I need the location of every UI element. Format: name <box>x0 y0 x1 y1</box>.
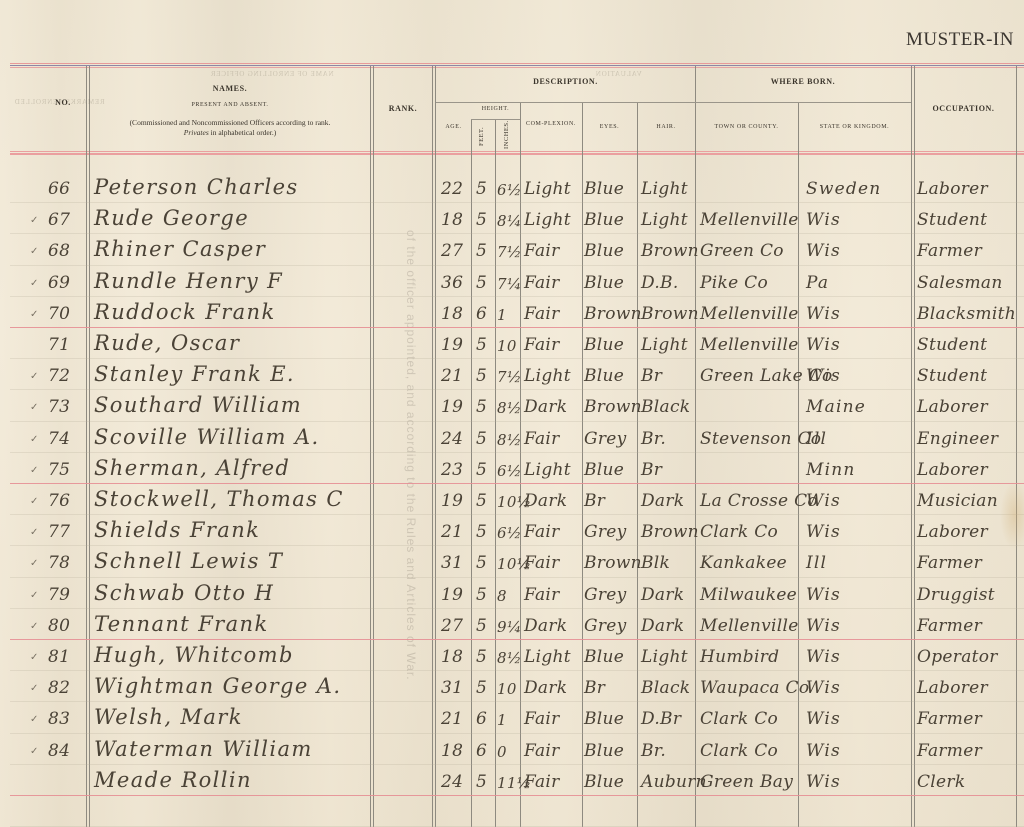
height-inches-value: 10 <box>497 337 517 355</box>
state-kingdom-value: Ill <box>806 429 827 449</box>
header-bottom-rule <box>10 151 1024 155</box>
height-feet-value: 6 <box>476 304 487 324</box>
table-row: ✓ 82 Wightman George A. 31 5 10 Dark Br … <box>0 671 1024 702</box>
height-feet-value: 5 <box>476 179 487 199</box>
table-row: ✓ 69 Rundle Henry F 36 5 7¼ Fair Blue D.… <box>0 266 1024 297</box>
height-inches-value: 7½ <box>497 368 522 386</box>
soldier-name: Ruddock Frank <box>94 300 276 324</box>
header-names: Names. <box>90 84 370 93</box>
town-county-value: Green Co <box>700 241 784 261</box>
state-kingdom-value: Wis <box>806 304 841 324</box>
check-mark: ✓ <box>30 558 39 569</box>
height-inches-value: 6½ <box>497 462 522 480</box>
hair-value: Br <box>641 460 662 480</box>
occupation-value: Clerk <box>917 772 965 792</box>
age-value: 21 <box>441 709 463 729</box>
soldier-name: Peterson Charles <box>94 175 299 199</box>
roll-number: 82 <box>48 678 70 698</box>
town-county-value: Waupaca Co <box>700 678 809 698</box>
header-state-kingdom: State or Kingdom. <box>798 124 911 130</box>
soldier-name: Sherman, Alfred <box>94 456 290 480</box>
eyes-value: Blue <box>584 709 624 729</box>
height-inches-value: 6½ <box>497 181 522 199</box>
complexion-value: Light <box>524 179 571 199</box>
roll-number: 81 <box>48 647 70 667</box>
header-where-born: Where Born. <box>695 77 911 86</box>
soldier-name: Schwab Otto H <box>94 581 274 605</box>
age-value: 21 <box>441 366 463 386</box>
table-row: 71 Rude, Oscar 19 5 10 Fair Blue Light M… <box>0 328 1024 359</box>
town-county-value: Clark Co <box>700 741 778 761</box>
occupation-value: Salesman <box>917 273 1003 293</box>
eyes-value: Blue <box>584 273 624 293</box>
height-inches-value: 10 <box>497 680 517 698</box>
soldier-name: Wightman George A. <box>94 674 341 698</box>
soldier-name: Waterman William <box>94 737 313 761</box>
roll-number: 84 <box>48 741 70 761</box>
age-value: 19 <box>441 491 463 511</box>
eyes-value: Blue <box>584 241 624 261</box>
occupation-value: Operator <box>917 647 998 667</box>
height-feet-value: 5 <box>476 585 487 605</box>
age-value: 18 <box>441 647 463 667</box>
complexion-value: Fair <box>524 429 560 449</box>
table-row: Meade Rollin 24 5 11½ Fair Blue Auburn G… <box>0 765 1024 796</box>
soldier-name: Southard William <box>94 393 302 417</box>
soldier-name: Scoville William A. <box>94 425 320 449</box>
eyes-value: Brown <box>584 553 642 573</box>
town-county-value: Clark Co <box>700 522 778 542</box>
roll-number: 76 <box>48 491 70 511</box>
state-kingdom-value: Ill <box>806 553 827 573</box>
check-mark: ✓ <box>30 465 39 476</box>
height-inches-value: 8½ <box>497 431 522 449</box>
hair-value: D.B. <box>641 273 679 293</box>
height-feet-value: 6 <box>476 709 487 729</box>
state-kingdom-value: Minn <box>806 460 856 480</box>
state-kingdom-value: Wis <box>806 585 841 605</box>
state-kingdom-value: Wis <box>806 709 841 729</box>
hair-value: Dark <box>641 616 684 636</box>
complexion-value: Dark <box>524 397 567 417</box>
age-value: 19 <box>441 585 463 605</box>
complexion-value: Light <box>524 460 571 480</box>
hair-value: Blk <box>641 553 670 573</box>
age-value: 23 <box>441 460 463 480</box>
roll-number: 80 <box>48 616 70 636</box>
occupation-value: Laborer <box>917 522 988 542</box>
height-inches-value: 6½ <box>497 524 522 542</box>
complexion-value: Dark <box>524 491 567 511</box>
table-row: ✓ 80 Tennant Frank 27 5 9¼ Dark Grey Dar… <box>0 609 1024 640</box>
height-inches-value: 9¼ <box>497 618 522 636</box>
complexion-value: Fair <box>524 585 560 605</box>
roll-number: 83 <box>48 709 70 729</box>
height-feet-value: 5 <box>476 772 487 792</box>
hair-value: Br. <box>641 741 666 761</box>
complexion-value: Dark <box>524 678 567 698</box>
eyes-value: Blue <box>584 772 624 792</box>
town-county-value: La Crosse Co <box>700 491 818 511</box>
eyes-value: Blue <box>584 210 624 230</box>
age-value: 18 <box>441 210 463 230</box>
hair-value: Light <box>641 647 688 667</box>
table-row: ✓ 83 Welsh, Mark 21 6 1 Fair Blue D.Br C… <box>0 702 1024 733</box>
soldier-name: Welsh, Mark <box>94 705 243 729</box>
complexion-value: Dark <box>524 616 567 636</box>
town-county-value: Mellenville <box>700 335 799 355</box>
height-feet-value: 5 <box>476 241 487 261</box>
eyes-value: Blue <box>584 366 624 386</box>
state-kingdom-value: Wis <box>806 522 841 542</box>
complexion-value: Fair <box>524 273 560 293</box>
state-kingdom-value: Sweden <box>806 179 881 199</box>
check-mark: ✓ <box>30 215 39 226</box>
top-double-rule <box>10 63 1024 68</box>
height-feet-value: 5 <box>476 429 487 449</box>
height-feet-value: 6 <box>476 741 487 761</box>
hair-value: Dark <box>641 491 684 511</box>
hair-value: D.Br <box>641 709 681 729</box>
occupation-value: Musician <box>917 491 998 511</box>
town-county-value: Mellenville <box>700 210 799 230</box>
state-kingdom-value: Wis <box>806 366 841 386</box>
roll-number: 79 <box>48 585 70 605</box>
age-value: 21 <box>441 522 463 542</box>
height-feet-value: 5 <box>476 366 487 386</box>
complexion-value: Fair <box>524 741 560 761</box>
hair-value: Black <box>641 678 690 698</box>
height-feet-value: 5 <box>476 522 487 542</box>
header-eyes: Eyes. <box>582 124 637 130</box>
town-county-value: Humbird <box>700 647 779 667</box>
occupation-value: Laborer <box>917 397 988 417</box>
check-mark: ✓ <box>30 496 39 507</box>
occupation-value: Laborer <box>917 678 988 698</box>
town-county-value: Pike Co <box>700 273 768 293</box>
table-row: 66 Peterson Charles 22 5 6½ Light Blue L… <box>0 172 1024 203</box>
height-feet-value: 5 <box>476 397 487 417</box>
names-note-line2: in alphabetical order.) <box>209 128 276 137</box>
height-feet-value: 5 <box>476 678 487 698</box>
occupation-value: Student <box>917 366 987 386</box>
height-feet-value: 5 <box>476 273 487 293</box>
header-complexion: Com-plexion. <box>522 120 580 129</box>
roll-number: 70 <box>48 304 70 324</box>
check-mark: ✓ <box>30 746 39 757</box>
header-present-absent: Present and Absent. <box>90 102 370 108</box>
age-value: 31 <box>441 553 463 573</box>
height-inches-value: 7½ <box>497 243 522 261</box>
check-mark: ✓ <box>30 278 39 289</box>
table-row: ✓ 78 Schnell Lewis T 31 5 10½ Fair Brown… <box>0 546 1024 577</box>
complexion-value: Fair <box>524 553 560 573</box>
complexion-value: Light <box>524 366 571 386</box>
age-value: 31 <box>441 678 463 698</box>
eyes-value: Grey <box>584 522 627 542</box>
eyes-value: Brown <box>584 304 642 324</box>
soldier-name: Rundle Henry F <box>94 269 283 293</box>
height-feet-value: 5 <box>476 210 487 230</box>
height-feet-value: 5 <box>476 460 487 480</box>
eyes-value: Blue <box>584 647 624 667</box>
table-row: ✓ 75 Sherman, Alfred 23 5 6½ Light Blue … <box>0 453 1024 484</box>
eyes-value: Blue <box>584 179 624 199</box>
check-mark: ✓ <box>30 714 39 725</box>
complexion-value: Fair <box>524 241 560 261</box>
header-inches: Inches. <box>503 120 510 150</box>
town-county-value: Milwaukee <box>700 585 797 605</box>
occupation-value: Farmer <box>917 241 982 261</box>
state-kingdom-value: Wis <box>806 647 841 667</box>
complexion-value: Fair <box>524 304 560 324</box>
occupation-value: Laborer <box>917 179 988 199</box>
ghost-text-center: Name of Enrolling Officer <box>210 70 334 78</box>
eyes-value: Blue <box>584 741 624 761</box>
complexion-value: Fair <box>524 772 560 792</box>
check-mark: ✓ <box>30 434 39 445</box>
hair-value: Black <box>641 397 690 417</box>
soldier-name: Hugh, Whitcomb <box>94 643 294 667</box>
occupation-value: Student <box>917 335 987 355</box>
header-description: Description. <box>436 77 695 86</box>
hair-value: Br <box>641 366 662 386</box>
header-occupation: Occupation. <box>911 104 1016 113</box>
header-rank: Rank. <box>374 104 432 113</box>
hair-value: Dark <box>641 585 684 605</box>
hair-value: Br. <box>641 429 666 449</box>
table-row: ✓ 68 Rhiner Casper 27 5 7½ Fair Blue Bro… <box>0 234 1024 265</box>
height-inches-value: 8 <box>497 587 507 605</box>
table-row: ✓ 84 Waterman William 18 6 0 Fair Blue B… <box>0 734 1024 765</box>
soldier-name: Schnell Lewis T <box>94 549 283 573</box>
age-value: 24 <box>441 429 463 449</box>
roll-number: 75 <box>48 460 70 480</box>
table-row: ✓ 74 Scoville William A. 24 5 8½ Fair Gr… <box>0 422 1024 453</box>
height-feet-value: 5 <box>476 553 487 573</box>
complexion-value: Fair <box>524 522 560 542</box>
complexion-value: Light <box>524 647 571 667</box>
header-town-county: Town or County. <box>695 124 798 130</box>
occupation-value: Farmer <box>917 553 982 573</box>
check-mark: ✓ <box>30 309 39 320</box>
occupation-value: Farmer <box>917 616 982 636</box>
check-mark: ✓ <box>30 590 39 601</box>
height-inches-value: 8½ <box>497 649 522 667</box>
check-mark: ✓ <box>30 371 39 382</box>
check-mark: ✓ <box>30 652 39 663</box>
roll-number: 68 <box>48 241 70 261</box>
state-kingdom-value: Wis <box>806 616 841 636</box>
hair-value: Brown <box>641 241 699 261</box>
check-mark: ✓ <box>30 527 39 538</box>
roll-number: 71 <box>48 335 70 355</box>
hair-value: Light <box>641 210 688 230</box>
town-county-value: Mellenville <box>700 304 799 324</box>
page-title-region: MUSTER-IN <box>860 0 1024 60</box>
age-value: 18 <box>441 741 463 761</box>
age-value: 27 <box>441 241 463 261</box>
table-row: ✓ 79 Schwab Otto H 19 5 8 Fair Grey Dark… <box>0 578 1024 609</box>
age-value: 22 <box>441 179 463 199</box>
header-age: Age. <box>436 124 471 130</box>
eyes-value: Grey <box>584 585 627 605</box>
height-feet-value: 5 <box>476 616 487 636</box>
occupation-value: Blacksmith <box>917 304 1016 324</box>
height-inches-value: 0 <box>497 743 507 761</box>
eyes-value: Blue <box>584 335 624 355</box>
names-note-privates: Privates <box>184 128 209 137</box>
age-value: 19 <box>441 335 463 355</box>
state-kingdom-value: Wis <box>806 335 841 355</box>
age-value: 36 <box>441 273 463 293</box>
state-kingdom-value: Wis <box>806 210 841 230</box>
state-kingdom-value: Pa <box>806 273 829 293</box>
hair-value: Auburn <box>641 772 707 792</box>
town-county-value: Mellenville <box>700 616 799 636</box>
eyes-value: Blue <box>584 460 624 480</box>
soldier-name: Meade Rollin <box>94 768 252 792</box>
height-subrule <box>471 119 520 120</box>
height-inches-value: 1 <box>497 306 507 324</box>
state-kingdom-value: Wis <box>806 241 841 261</box>
soldier-name: Stockwell, Thomas C <box>94 487 344 511</box>
soldier-name: Rhiner Casper <box>94 237 266 261</box>
state-kingdom-value: Wis <box>806 678 841 698</box>
height-inches-value: 1 <box>497 711 507 729</box>
eyes-value: Br <box>584 678 605 698</box>
occupation-value: Farmer <box>917 741 982 761</box>
height-feet-value: 5 <box>476 335 487 355</box>
roll-number: 72 <box>48 366 70 386</box>
header-feet: Feet. <box>478 122 485 150</box>
table-row: ✓ 70 Ruddock Frank 18 6 1 Fair Brown Bro… <box>0 297 1024 328</box>
age-value: 19 <box>441 397 463 417</box>
header-no: No. <box>40 98 86 107</box>
eyes-value: Grey <box>584 429 627 449</box>
eyes-value: Grey <box>584 616 627 636</box>
occupation-value: Engineer <box>917 429 998 449</box>
page-title: MUSTER-IN <box>906 29 1014 51</box>
header-hair: Hair. <box>637 124 695 130</box>
roll-number: 66 <box>48 179 70 199</box>
occupation-value: Druggist <box>917 585 995 605</box>
table-row: ✓ 67 Rude George 18 5 8¼ Light Blue Ligh… <box>0 203 1024 234</box>
soldier-name: Rude, Oscar <box>94 331 240 355</box>
height-inches-value: 8¼ <box>497 212 522 230</box>
header-names-note: (Commissioned and Noncommissioned Office… <box>90 118 370 138</box>
state-kingdom-value: Maine <box>806 397 866 417</box>
town-county-value: Clark Co <box>700 709 778 729</box>
hair-value: Light <box>641 335 688 355</box>
town-county-value: Green Bay <box>700 772 793 792</box>
hair-value: Brown <box>641 522 699 542</box>
occupation-value: Laborer <box>917 460 988 480</box>
names-note-line1: (Commissioned and Noncommissioned Office… <box>130 118 331 127</box>
table-row: ✓ 76 Stockwell, Thomas C 19 5 10½ Dark B… <box>0 484 1024 515</box>
check-mark: ✓ <box>30 683 39 694</box>
height-feet-value: 5 <box>476 647 487 667</box>
occupation-value: Farmer <box>917 709 982 729</box>
roll-number: 73 <box>48 397 70 417</box>
soldier-name: Shields Frank <box>94 518 260 542</box>
hair-value: Light <box>641 179 688 199</box>
roll-number: 74 <box>48 429 70 449</box>
age-value: 27 <box>441 616 463 636</box>
check-mark: ✓ <box>30 621 39 632</box>
soldier-name: Rude George <box>94 206 249 230</box>
table-row: ✓ 77 Shields Frank 21 5 6½ Fair Grey Bro… <box>0 515 1024 546</box>
occupation-value: Student <box>917 210 987 230</box>
soldier-name: Stanley Frank E. <box>94 362 295 386</box>
header-height: Height. <box>471 106 520 112</box>
complexion-value: Fair <box>524 709 560 729</box>
soldier-name: Tennant Frank <box>94 612 269 636</box>
table-row: ✓ 73 Southard William 19 5 8½ Dark Brown… <box>0 390 1024 421</box>
age-value: 18 <box>441 304 463 324</box>
check-mark: ✓ <box>30 402 39 413</box>
state-kingdom-value: Wis <box>806 491 841 511</box>
description-subrule <box>436 102 911 103</box>
height-inches-value: 8½ <box>497 399 522 417</box>
hair-value: Brown <box>641 304 699 324</box>
roll-number: 77 <box>48 522 70 542</box>
table-row: ✓ 81 Hugh, Whitcomb 18 5 8½ Light Blue L… <box>0 640 1024 671</box>
roll-number: 67 <box>48 210 70 230</box>
town-county-value: Kankakee <box>700 553 787 573</box>
age-value: 24 <box>441 772 463 792</box>
eyes-value: Br <box>584 491 605 511</box>
roll-number: 69 <box>48 273 70 293</box>
state-kingdom-value: Wis <box>806 772 841 792</box>
complexion-value: Fair <box>524 335 560 355</box>
height-feet-value: 5 <box>476 491 487 511</box>
check-mark: ✓ <box>30 246 39 257</box>
eyes-value: Brown <box>584 397 642 417</box>
roll-number: 78 <box>48 553 70 573</box>
table-row: ✓ 72 Stanley Frank E. 21 5 7½ Light Blue… <box>0 359 1024 390</box>
complexion-value: Light <box>524 210 571 230</box>
state-kingdom-value: Wis <box>806 741 841 761</box>
town-county-value: Stevenson Co <box>700 429 821 449</box>
height-inches-value: 7¼ <box>497 275 522 293</box>
